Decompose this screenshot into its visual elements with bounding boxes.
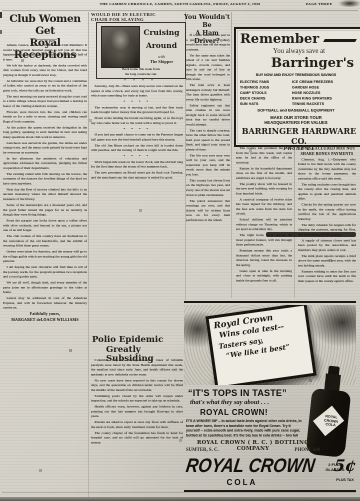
- royal-crown-logo: ROYAL CROWN: [184, 455, 327, 478]
- ad-subline-wrap: BUY NOW AND ENJOY TREMENDOUS SAVINGS: [240, 73, 352, 78]
- cruising-title-line2: Around: [141, 41, 182, 50]
- cruising-title-block: Cruising Around with The Skipper: [141, 28, 182, 64]
- paper-specks: [0, 0, 1, 1]
- cruising-caption-line2: the long coastwise run.: [125, 72, 157, 76]
- royal-crown-body-text: IT'S A WINNER SIP -- in actual taste-tes…: [186, 419, 302, 437]
- masthead-title: THE CAMDEN CHRONICLE, CAMDEN, SOUTH CARO…: [58, 2, 302, 7]
- club-women-article-body: Athens, Greece, June 24, 1939.--Dear Clu…: [3, 43, 87, 497]
- scan-smudge: [334, 0, 360, 7]
- fair-article-body: The county fair premium list came from t…: [236, 146, 292, 296]
- ad-store-lines-wrap: MAKE OUR STORE YOUR HEADQUARTERS FOR VAL…: [240, 115, 352, 125]
- article-text: The county fair premium list came from t…: [236, 146, 292, 283]
- page-bottom-edge: [0, 497, 360, 501]
- cruising-column-body: Saturday, July 29.--There were sixty-sev…: [91, 84, 183, 333]
- cola-logo-word: COLA: [212, 478, 272, 487]
- portrait-photo: [101, 26, 140, 68]
- cruising-caption-line1: Back home this week from: [122, 67, 160, 71]
- polio-article-body: Columbia, July 31.--Twenty-nine new case…: [91, 358, 183, 497]
- ad-equipment-wrap: SOFTBALL and BASEBALL EQUIPMENT: [240, 108, 352, 113]
- ad-subline: BUY NOW AND ENJOY TREMENDOUS SAVINGS: [240, 73, 352, 78]
- article-text: COWS EXCLUDED MAY NOTSHARE BONUS PAYMENT…: [298, 146, 356, 284]
- royal-crown-ad-top-rule: [184, 301, 356, 303]
- heavy-rule: [266, 232, 356, 237]
- headline-ham-driver-line1: You Wouldn't Be: [184, 14, 230, 30]
- headline-club-women-line1: Club Women Get: [3, 13, 87, 37]
- ad-items-left: ELECTRIC FANSTHERMOS JUGSCAMP STOOLSDECK…: [240, 80, 292, 107]
- price-5-cents: 5¢: [333, 456, 357, 475]
- tops-in-taste-line: “IT'S TOPS IN TASTE”: [188, 388, 308, 398]
- column-rule: [88, 12, 89, 497]
- ad-brand-name: Barringer's: [240, 56, 354, 71]
- article-text: If a man fumbled his part in a play that…: [186, 33, 230, 223]
- bottler-phone: PHONE 600: [295, 448, 320, 453]
- headline-electric-chair: WOULD DIE IN ELECTRIC CHAIR FOR SLAYING: [91, 12, 183, 22]
- page-bottom-rule: [2, 492, 356, 493]
- newspaper-page: THE CAMDEN CHRONICLE, CAMDEN, SOUTH CARO…: [0, 0, 360, 501]
- article-text: Columbia, July 31.--Twenty-nine new case…: [91, 358, 183, 445]
- ad-headline-row: Remember: [240, 32, 358, 47]
- headline-ornament: [33, 39, 57, 40]
- bottle-label: ROYAL CROWN COLA: [313, 406, 344, 437]
- edge-mark: [0, 12, 2, 18]
- ad-headline-remember: Remember: [240, 32, 319, 47]
- bottle-label-line3: COLA: [325, 422, 336, 427]
- royal-crown-sign: Royal Crown Wins cola test-- Tasters say…: [205, 305, 316, 385]
- they-say-line: that's what they say about . . .: [190, 399, 310, 406]
- cruising-caption: Back home this week from the long coastw…: [100, 67, 182, 77]
- barringer-ad: Remember You always save at Barringer's …: [234, 27, 360, 147]
- royal-crown-exclaim-line: ROYAL CROWN!: [200, 408, 310, 417]
- dairy-article-body: COWS EXCLUDED MAY NOTSHARE BONUS PAYMENT…: [298, 146, 356, 296]
- ad-items-right-wrap: ICE CREAM FREEZERSGARDEN HOSEHOSE NOZZLE…: [292, 80, 352, 107]
- plus-tax-label: PLUS TAX: [332, 478, 358, 482]
- ad-items-right: ICE CREAM FREEZERSGARDEN HOSEHOSE NOZZLE…: [292, 80, 352, 107]
- ad-tagline: You always save at: [240, 48, 358, 55]
- masthead: THE CAMDEN CHRONICLE, CAMDEN, SOUTH CARO…: [58, 2, 302, 10]
- royal-crown-body-copy: IT'S A WINNER SIP -- in actual taste-tes…: [186, 419, 302, 437]
- ad-item-lists: ELECTRIC FANSTHERMOS JUGSCAMP STOOLSDECK…: [240, 80, 358, 107]
- ham-driver-article-body: If a man fumbled his part in a play that…: [186, 33, 230, 297]
- bottler-city: SUMTER, S. C.: [186, 448, 219, 453]
- ad-company-name: BARRINGER HARDWARE CO.: [240, 126, 358, 146]
- city-phone-row: SUMTER, S. C. PHONE 600: [186, 448, 320, 453]
- swash-dash: [323, 39, 357, 42]
- edge-mark: [0, 30, 2, 34]
- ad-items-left-wrap: ELECTRIC FANSTHERMOS JUGSCAMP STOOLSDECK…: [240, 80, 292, 107]
- cruising-title-line1: Cruising: [141, 28, 182, 37]
- article-text: Athens, Greece, June 24, 1939.--Dear Clu…: [3, 43, 87, 322]
- cruising-author: The Skipper: [141, 59, 182, 64]
- cruising-around-box: Cruising Around with The Skipper Back ho…: [96, 22, 186, 79]
- masthead-rule: [2, 10, 358, 11]
- column-rule: [294, 146, 295, 298]
- article-text: Saturday, July 29.--There were sixty-sev…: [91, 84, 183, 180]
- ad-store-line2: HEADQUARTERS FOR VALUES: [264, 120, 327, 125]
- stars-separator: * * * *: [96, 78, 184, 83]
- ad-equipment-line: SOFTBALL and BASEBALL EQUIPMENT: [240, 108, 352, 113]
- column-rule: [231, 12, 232, 298]
